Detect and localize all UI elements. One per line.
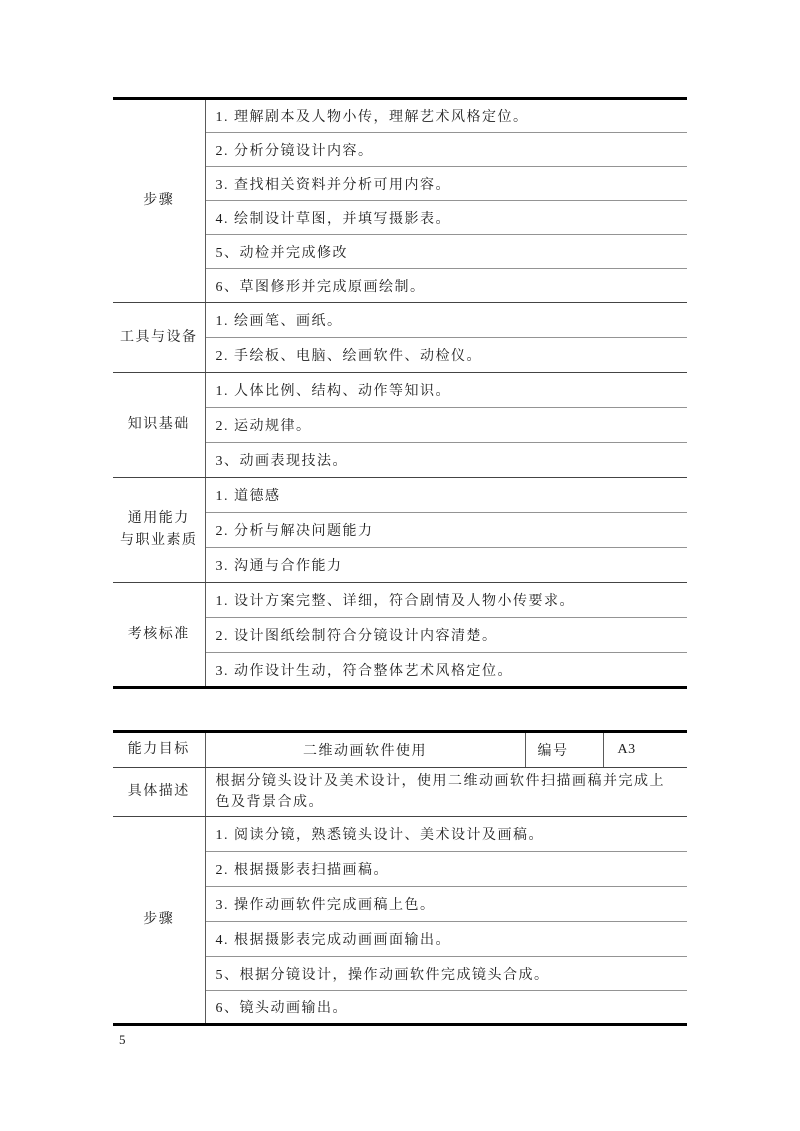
step-item: 5、动检并完成修改	[205, 235, 687, 269]
section-label-knowledge: 知识基础	[113, 373, 205, 478]
step-item: 1. 阅读分镜，熟悉镜头设计、美术设计及画稿。	[205, 817, 687, 852]
ability-goal-label: 能力目标	[113, 732, 205, 768]
step-item: 4. 根据摄影表完成动画画面输出。	[205, 922, 687, 957]
section-label-steps: 步骤	[113, 99, 205, 303]
step-item: 6、镜头动画输出。	[205, 991, 687, 1025]
section-label-general-ability: 通用能力 与职业素质	[113, 478, 205, 583]
step-item: 2. 根据摄影表扫描画稿。	[205, 852, 687, 887]
page-number: 5	[119, 1032, 126, 1048]
description-text: 根据分镜头设计及美术设计，使用二维动画软件扫描画稿并完成上色及背景合成。	[205, 768, 687, 817]
knowledge-item: 3、动画表现技法。	[205, 443, 687, 478]
competency-table-a3: 能力目标 二维动画软件使用 编号 A3 具体描述 根据分镜头设计及美术设计，使用…	[113, 730, 687, 1026]
step-item: 6、草图修形并完成原画绘制。	[205, 269, 687, 303]
ability-item: 2. 分析与解决问题能力	[205, 513, 687, 548]
code-value: A3	[603, 732, 687, 768]
section-label-tools: 工具与设备	[113, 303, 205, 373]
ability-item: 1. 道德感	[205, 478, 687, 513]
tool-item: 1. 绘画笔、画纸。	[205, 303, 687, 338]
step-item: 3. 查找相关资料并分析可用内容。	[205, 167, 687, 201]
assessment-item: 2. 设计图纸绘制符合分镜设计内容清楚。	[205, 618, 687, 653]
step-item: 5、根据分镜设计，操作动画软件完成镜头合成。	[205, 957, 687, 991]
document-page: 步骤 1. 理解剧本及人物小传，理解艺术风格定位。 2. 分析分镜设计内容。 3…	[0, 0, 800, 1131]
step-item: 1. 理解剧本及人物小传，理解艺术风格定位。	[205, 99, 687, 133]
tool-item: 2. 手绘板、电脑、绘画软件、动检仪。	[205, 338, 687, 373]
assessment-item: 3. 动作设计生动，符合整体艺术风格定位。	[205, 653, 687, 688]
step-item: 4. 绘制设计草图，并填写摄影表。	[205, 201, 687, 235]
knowledge-item: 1. 人体比例、结构、动作等知识。	[205, 373, 687, 408]
knowledge-item: 2. 运动规律。	[205, 408, 687, 443]
ability-goal-value: 二维动画软件使用	[205, 732, 525, 768]
code-label: 编号	[525, 732, 603, 768]
competency-table-primary: 步骤 1. 理解剧本及人物小传，理解艺术风格定位。 2. 分析分镜设计内容。 3…	[113, 97, 687, 689]
step-item: 3. 操作动画软件完成画稿上色。	[205, 887, 687, 922]
step-item: 2. 分析分镜设计内容。	[205, 133, 687, 167]
assessment-item: 1. 设计方案完整、详细，符合剧情及人物小传要求。	[205, 583, 687, 618]
section-label-steps-2: 步骤	[113, 817, 205, 1025]
section-label-assessment: 考核标准	[113, 583, 205, 688]
ability-item: 3. 沟通与合作能力	[205, 548, 687, 583]
description-label: 具体描述	[113, 768, 205, 817]
